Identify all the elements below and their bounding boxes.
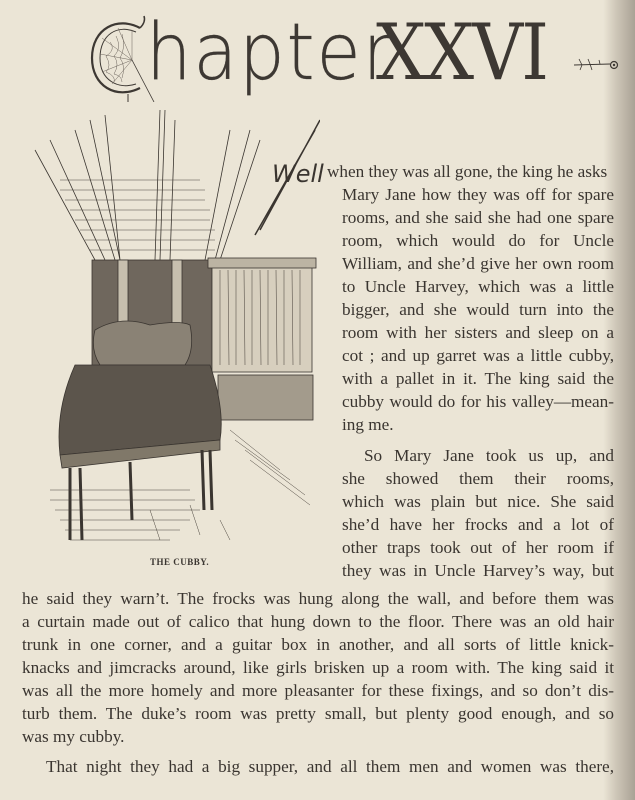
text-line: to Uncle Harvey, which was a little <box>342 278 614 300</box>
text-line: a curtain made out of calico that hung d… <box>22 613 614 635</box>
text-line: cubby would do for his valley—mean- <box>342 393 614 415</box>
text-line: rooms, and she said she had one spare <box>342 209 614 231</box>
text-line: trunk in one corner, and a guitar box in… <box>22 636 614 658</box>
text-line: cot ; and up garret was a little cubby, <box>342 347 614 369</box>
text-line: he said they warn’t. The frocks was hung… <box>22 590 614 612</box>
text-line: Mary Jane how they was off for spare <box>342 186 614 208</box>
illustration-caption: THE CUBBY. <box>150 557 209 567</box>
text-line: ing me. <box>342 416 394 433</box>
text-line: knacks and jimcracks around, like girls … <box>22 659 614 681</box>
text-line: room with her sisters and sleep on a <box>342 324 614 346</box>
text-line: when they was all gone, the king he asks <box>327 163 614 180</box>
text-line: she’d have her frocks and a lot of <box>342 516 614 538</box>
text-line: was all the more homely and more pleasan… <box>22 682 614 704</box>
vine-flourish-icon <box>572 55 622 73</box>
text-line: So Mary Jane took us up, and <box>364 447 614 469</box>
text-line: turb them. The duke’s room was pretty sm… <box>22 705 614 727</box>
text-line: with a pallet in it. The king said the <box>342 370 614 392</box>
text-line: That night they had a big supper, and al… <box>46 758 614 780</box>
text-line: bigger, and she would turn into the <box>342 301 614 323</box>
text-line: other traps took out of her room if <box>342 539 614 561</box>
chapter-heading: hapter XXVI <box>88 6 558 116</box>
text-line: was my cubby. <box>22 728 124 745</box>
chapter-word: hapter <box>146 14 394 92</box>
book-page: hapter XXVI <box>0 0 635 800</box>
text-line: which was plain but nice. She said <box>342 493 614 515</box>
text-line: they was in Uncle Harvey’s way, but <box>342 562 614 584</box>
text-line: she showed them their rooms, <box>342 470 614 492</box>
text-line: William, and she’d give her own room <box>342 255 614 277</box>
chapter-numeral: XXVI <box>376 14 547 92</box>
drop-word: Well <box>272 160 324 188</box>
text-line: room, which would do for Uncle <box>342 232 614 254</box>
